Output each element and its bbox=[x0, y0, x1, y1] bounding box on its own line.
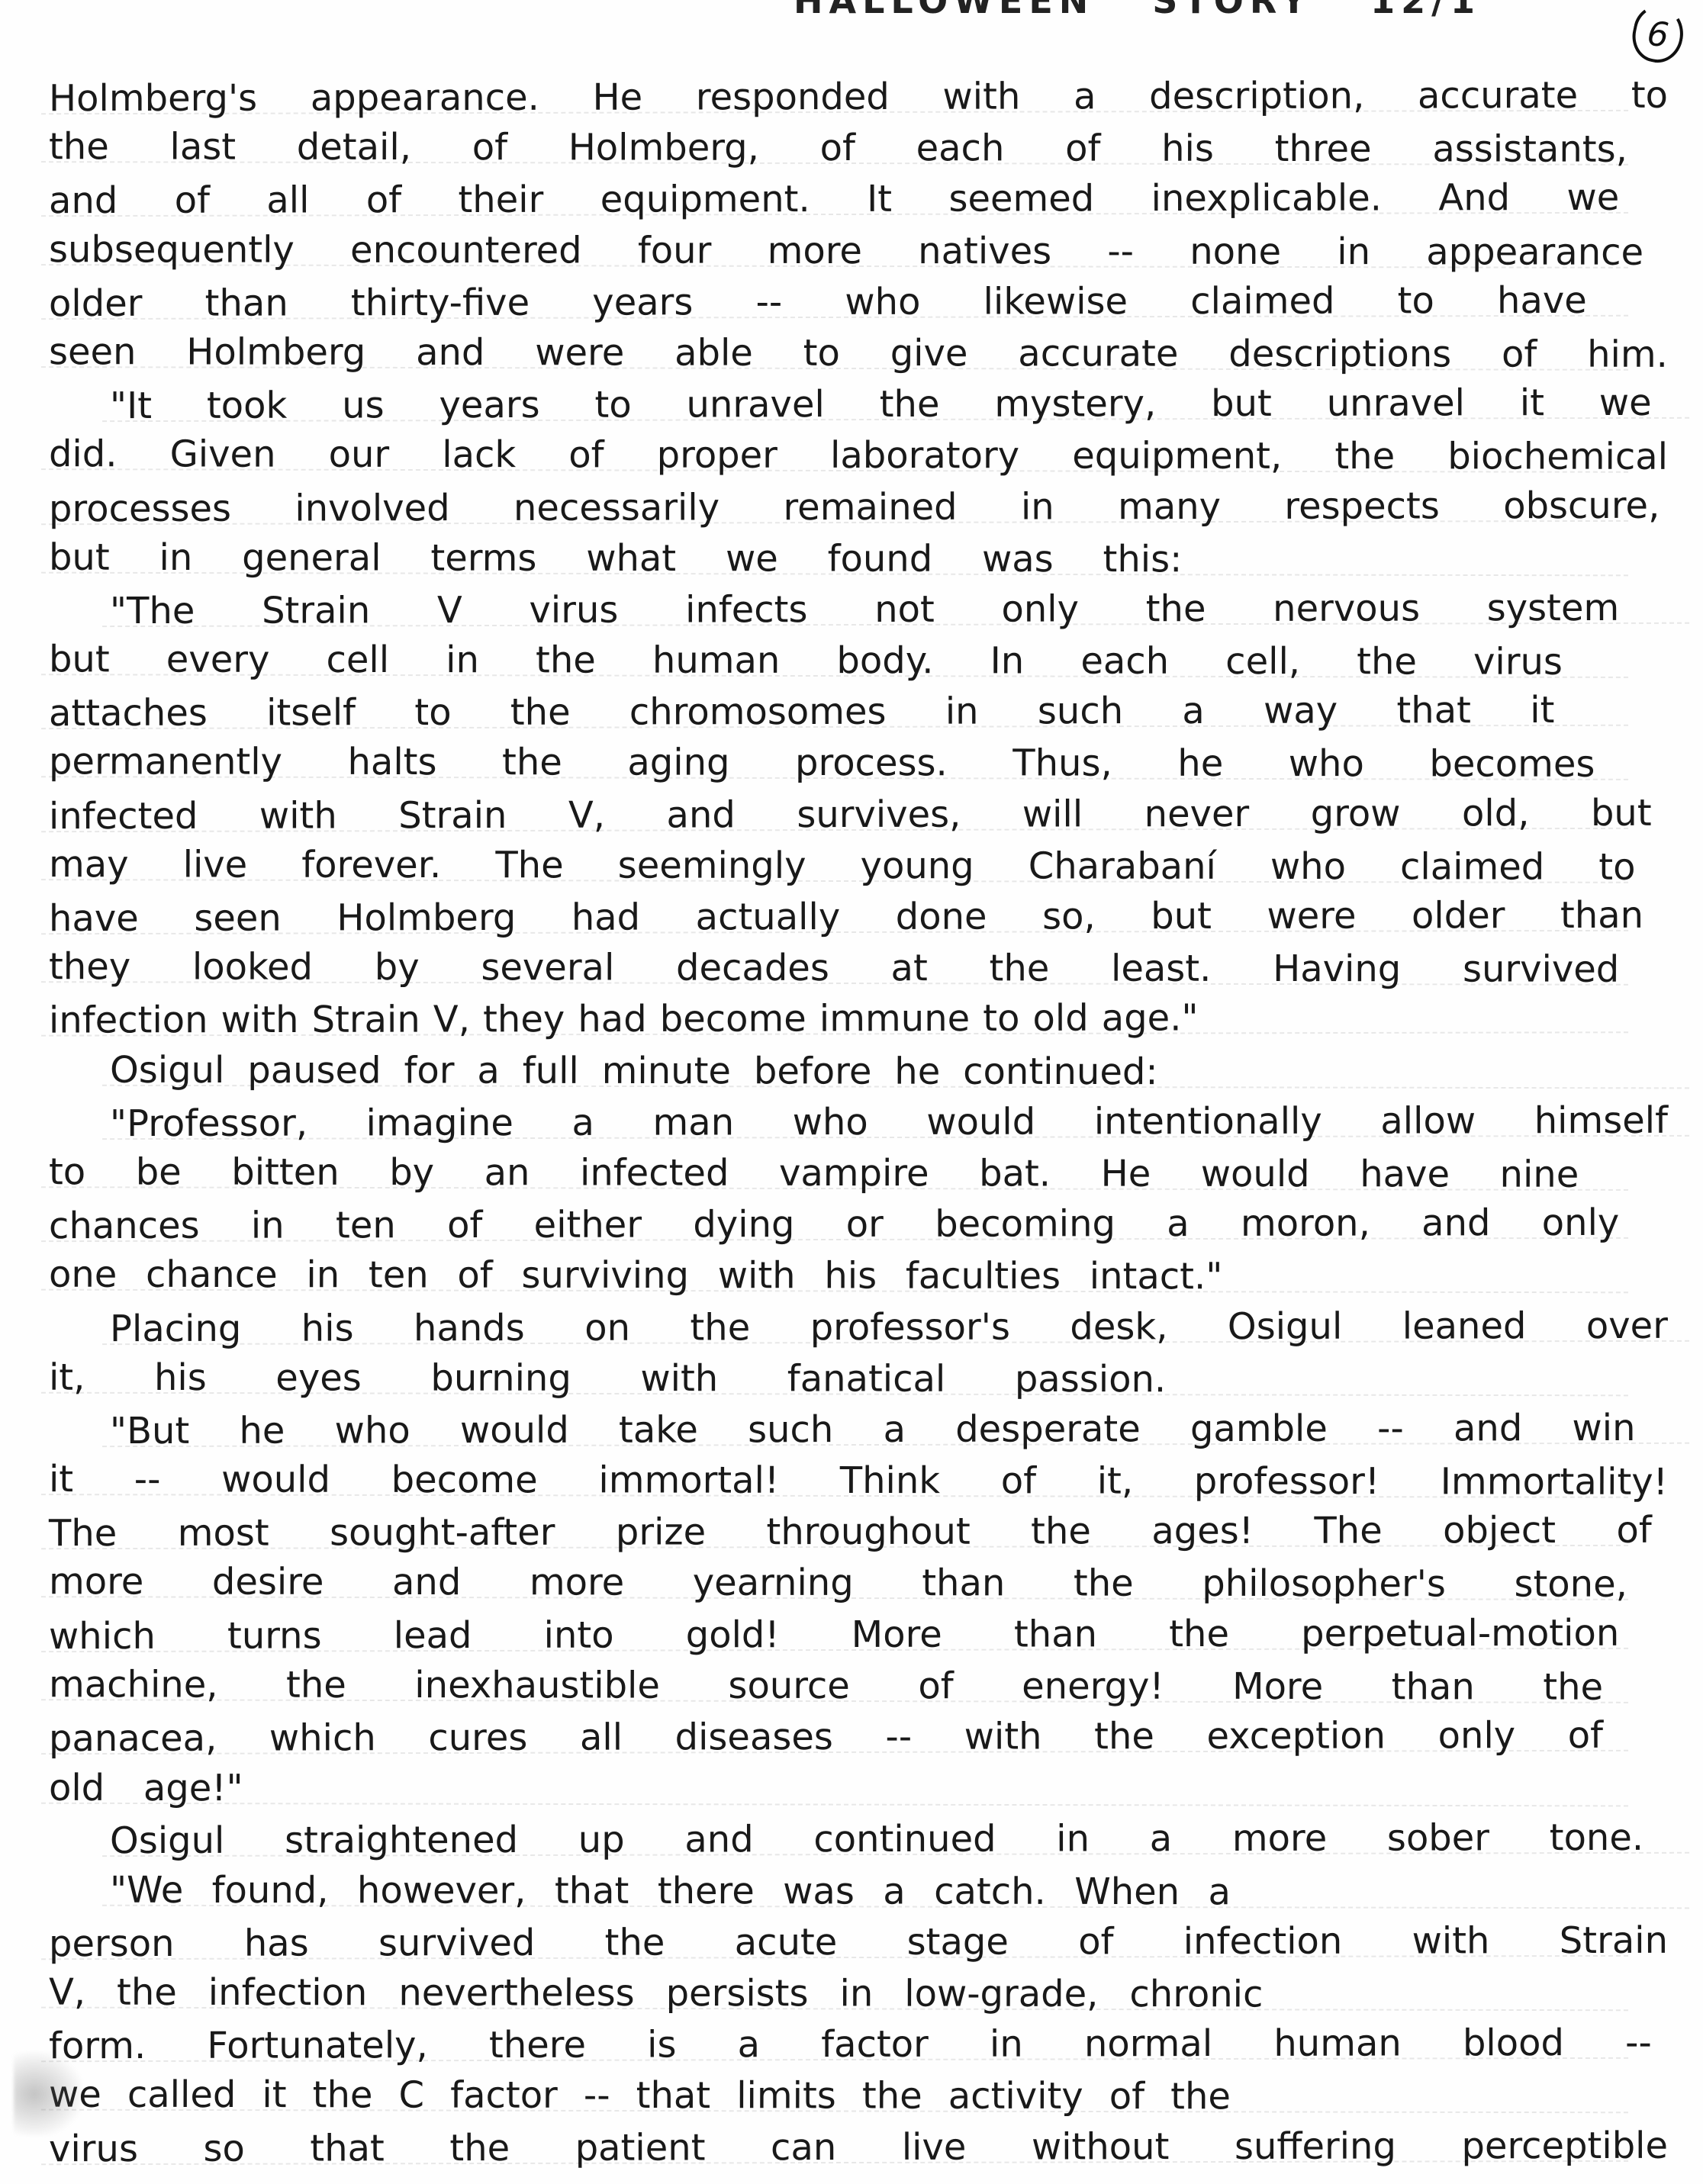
handwritten-line: it--wouldbecomeimmortal!Thinkofit,profes… bbox=[49, 1449, 1668, 1504]
handwritten-line: virussothatthepatientcanlivewithoutsuffe… bbox=[49, 2115, 1668, 2170]
handwritten-line: olderthanthirty-fiveyears--wholikewisecl… bbox=[49, 271, 1587, 325]
page-number: 6 bbox=[1645, 14, 1670, 55]
handwritten-line: form.Fortunately,thereisafactorinnormalh… bbox=[49, 2013, 1652, 2068]
page-number-circle: 6 bbox=[1627, 2, 1689, 67]
handwritten-line: tobebittenbyaninfectedvampirebat.Hewould… bbox=[49, 1142, 1579, 1196]
handwritten-line: permanentlyhaltstheagingprocess.Thus,hew… bbox=[49, 732, 1595, 786]
handwritten-line: V,theinfectionneverthelesspersistsinlow-… bbox=[49, 1963, 1264, 2016]
handwritten-line: whichturnsleadintogold!Morethantheperpet… bbox=[49, 1603, 1619, 1657]
handwritten-line: buteverycellinthehumanbody.Ineachcell,th… bbox=[49, 629, 1563, 684]
handwritten-line: "Ittookusyearstounravelthemystery,butunr… bbox=[110, 373, 1652, 427]
handwritten-line: infectionwithStrainV,theyhadbecomeimmune… bbox=[49, 989, 1199, 1042]
manuscript-page: HALLOWEEN STORY 12/11/11 6 Holmberg'sapp… bbox=[0, 0, 1703, 2184]
handwritten-line: panacea,whichcuresalldiseases--withtheex… bbox=[49, 1706, 1603, 1760]
handwritten-line: infectedwithStrainV,andsurvives,willneve… bbox=[49, 783, 1652, 838]
handwritten-line: machine,theinexhaustiblesourceofenergy!M… bbox=[49, 1655, 1603, 1709]
handwritten-line: seenHolmbergandwereabletogiveaccuratedes… bbox=[49, 322, 1668, 376]
handwritten-line: moredesireandmoreyearningthanthephilosop… bbox=[49, 1552, 1627, 1607]
handwritten-line: theylookedbyseveraldecadesattheleast.Hav… bbox=[49, 937, 1619, 991]
handwritten-line: mayliveforever.TheseeminglyyoungCharaban… bbox=[49, 835, 1636, 889]
handwritten-line: Osigulstraightenedupandcontinuedinamores… bbox=[110, 1808, 1643, 1862]
handwritten-line: thelastdetail,ofHolmberg,ofeachofhisthre… bbox=[49, 117, 1627, 171]
handwritten-line: Osigulpausedforafullminutebeforehecontin… bbox=[110, 1040, 1158, 1093]
handwritten-line: personhassurvivedtheacutestageofinfectio… bbox=[49, 1911, 1668, 1966]
handwritten-line: processesinvolvednecessarilyremainedinma… bbox=[49, 475, 1660, 530]
handwritten-line: Placinghishandsontheprofessor'sdesk,Osig… bbox=[110, 1295, 1668, 1349]
handwritten-line: chancesintenofeitherdyingorbecomingamoro… bbox=[49, 1193, 1619, 1247]
handwritten-line: oldage!" bbox=[49, 1758, 243, 1810]
handwritten-line: Holmberg'sappearance.Herespondedwithades… bbox=[49, 66, 1668, 121]
handwritten-text: Holmberg'sappearance.Herespondedwithades… bbox=[49, 67, 1668, 2169]
page-header: HALLOWEEN STORY 12/11/11 bbox=[794, 0, 1480, 32]
handwritten-line: andofalloftheirequipment.Itseemedinexpli… bbox=[49, 168, 1619, 222]
handwritten-line: "Professor,imagineamanwhowouldintentiona… bbox=[110, 1091, 1668, 1145]
handwritten-line: "Wefound,however,thattherewasacatch.When… bbox=[110, 1860, 1231, 1913]
handwritten-line: butingeneraltermswhatwefoundwasthis: bbox=[49, 527, 1183, 581]
handwritten-line: onechanceintenofsurvivingwithhisfacultie… bbox=[49, 1245, 1223, 1298]
handwritten-line: wecalledittheCfactor--thatlimitstheactiv… bbox=[49, 2065, 1231, 2118]
handwritten-line: subsequentlyencounteredfourmorenatives--… bbox=[49, 220, 1643, 274]
handwritten-line: it,hiseyesburningwithfanaticalpassion. bbox=[49, 1347, 1166, 1401]
header-title: HALLOWEEN STORY 12/11/11 bbox=[794, 0, 1480, 21]
handwritten-line: "Buthewhowouldtakesuchadesperategamble--… bbox=[110, 1398, 1636, 1452]
handwritten-line: haveseenHolmberghadactuallydoneso,butwer… bbox=[49, 886, 1643, 941]
handwritten-line: "TheStrainVvirusinfectsnotonlythenervous… bbox=[110, 578, 1619, 632]
handwritten-line: did.Givenourlackofproperlaboratoryequipm… bbox=[49, 424, 1668, 478]
handwritten-line: Themostsought-afterprizethroughouttheage… bbox=[49, 1500, 1652, 1555]
handwritten-line: attachesitselftothechromosomesinsuchaway… bbox=[49, 680, 1555, 735]
scan-smudge bbox=[14, 2052, 82, 2136]
